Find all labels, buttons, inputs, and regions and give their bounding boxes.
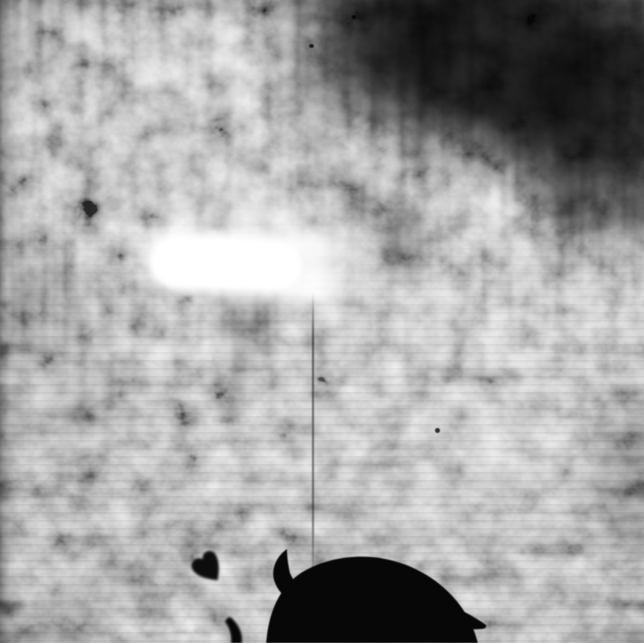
- silhouette-group: [0, 0, 644, 643]
- hook-highlight: [222, 623, 228, 643]
- dust-speck: [435, 428, 440, 433]
- film-frame: [0, 0, 644, 643]
- heart-shape: [189, 548, 229, 588]
- dust-speck: [309, 44, 314, 48]
- dust-speck: [352, 15, 356, 19]
